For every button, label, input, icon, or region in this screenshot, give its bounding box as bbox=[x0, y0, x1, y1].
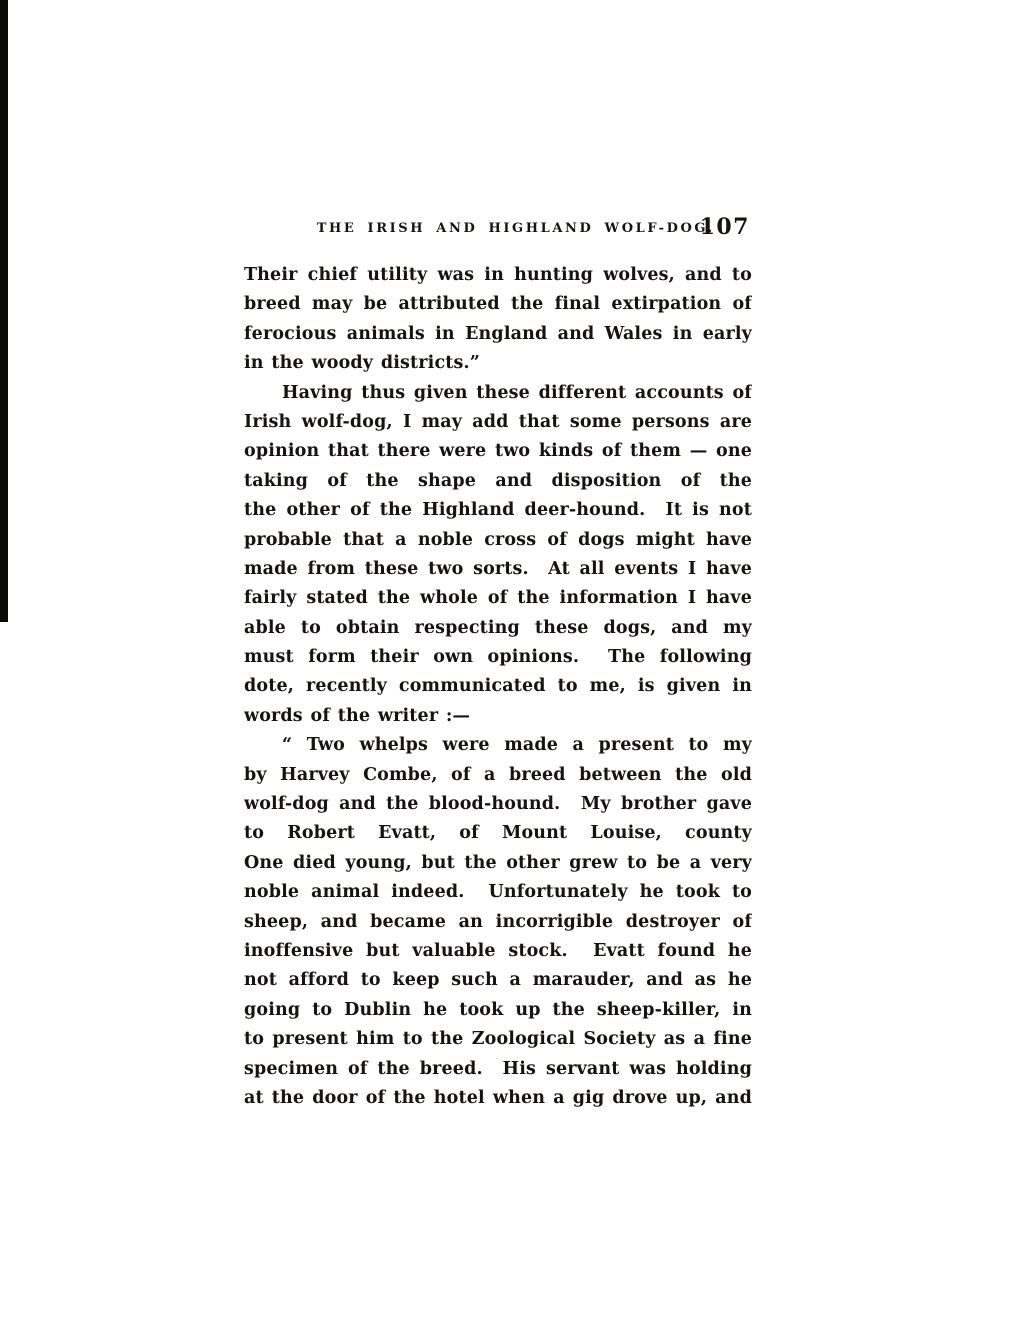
running-header-title: THE IRISH AND HIGHLAND WOLF-DOG. bbox=[317, 221, 715, 236]
text-line: wolf-dog and the blood-hound. My brother… bbox=[244, 790, 752, 819]
text-line: Irish wolf-dog, I may add that some pers… bbox=[244, 408, 752, 437]
text-line: sheep, and became an incorrigible destro… bbox=[244, 908, 752, 937]
page-number: 107 bbox=[700, 214, 750, 240]
text-line: words of the writer :— bbox=[244, 702, 752, 731]
text-line: made from these two sorts. At all events… bbox=[244, 555, 752, 584]
text-line: opinion that there were two kinds of the… bbox=[244, 437, 752, 466]
text-line: ferocious animals in England and Wales i… bbox=[244, 320, 752, 349]
text-line: able to obtain respecting these dogs, an… bbox=[244, 614, 752, 643]
text-line: One died young, but the other grew to be… bbox=[244, 849, 752, 878]
text-line: taking of the shape and disposition of t… bbox=[244, 467, 752, 496]
scan-edge-artifact bbox=[0, 0, 8, 622]
text-line: not afford to keep such a marauder, and … bbox=[244, 966, 752, 995]
text-line: noble animal indeed. Unfortunately he to… bbox=[244, 878, 752, 907]
text-line: probable that a noble cross of dogs migh… bbox=[244, 526, 752, 555]
body-text: Their chief utility was in hunting wolve… bbox=[244, 261, 752, 1113]
text-line: Their chief utility was in hunting wolve… bbox=[244, 261, 752, 290]
text-line: to Robert Evatt, of Mount Louise, county… bbox=[244, 819, 752, 848]
text-line: “ Two whelps were made a present to my b… bbox=[244, 731, 752, 760]
text-line: to present him to the Zoological Society… bbox=[244, 1025, 752, 1054]
text-line: going to Dublin he took up the sheep-kil… bbox=[244, 996, 752, 1025]
text-line: fairly stated the whole of the informati… bbox=[244, 584, 752, 613]
text-line: in the woody districts.” bbox=[244, 349, 752, 378]
running-header: THE IRISH AND HIGHLAND WOLF-DOG. 107 bbox=[244, 214, 752, 242]
book-page: THE IRISH AND HIGHLAND WOLF-DOG. 107 The… bbox=[0, 0, 1033, 1339]
text-line: breed may be attributed the final extirp… bbox=[244, 290, 752, 319]
text-line: at the door of the hotel when a gig drov… bbox=[244, 1084, 752, 1113]
text-line: inoffensive but valuable stock. Evatt fo… bbox=[244, 937, 752, 966]
text-line: the other of the Highland deer-hound. It… bbox=[244, 496, 752, 525]
text-line: by Harvey Combe, of a breed between the … bbox=[244, 761, 752, 790]
text-line: dote, recently communicated to me, is gi… bbox=[244, 672, 752, 701]
text-line: must form their own opinions. The follow… bbox=[244, 643, 752, 672]
text-line: Having thus given these different accoun… bbox=[244, 379, 752, 408]
text-line: specimen of the breed. His servant was h… bbox=[244, 1055, 752, 1084]
